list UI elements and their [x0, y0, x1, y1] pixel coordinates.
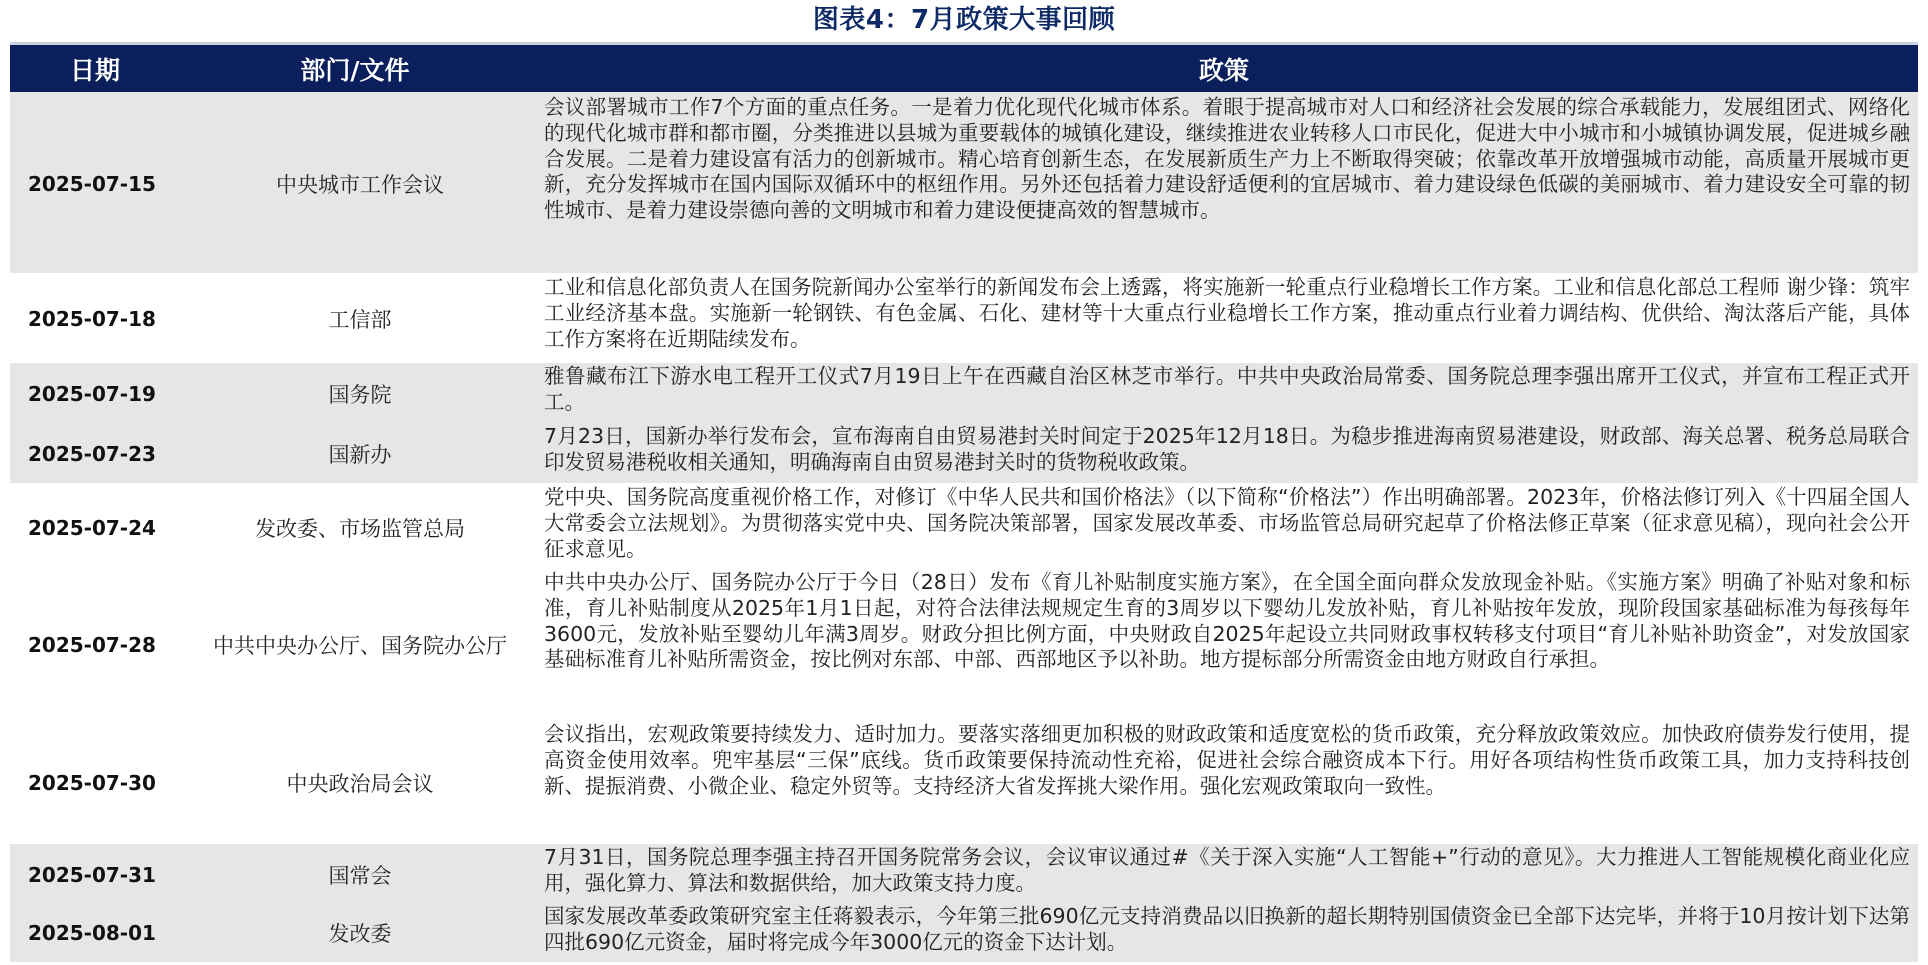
chart-title: 图表4：7月政策大事回顾: [0, 2, 1928, 38]
row-policy: 工业和信息化部负责人在国务院新闻办公室举行的新闻发布会上透露，将实施新一轮重点行…: [540, 275, 1918, 363]
table-row: 2025-07-23 国新办 7月23日，国新办举行发布会，宣布海南自由贸易港封…: [10, 423, 1918, 483]
table-row: 2025-08-01 发改委 国家发展改革委政策研究室主任蒋毅表示，今年第三批6…: [10, 904, 1918, 962]
table-row: 2025-07-15 中央城市工作会议 会议部署城市工作7个方面的重点任务。一是…: [10, 92, 1918, 273]
row-dept: 国务院: [180, 364, 540, 423]
header-date: 日期: [10, 51, 180, 87]
row-policy: 雅鲁藏布江下游水电工程开工仪式7月19日上午在西藏自治区林芝市举行。中共中央政治…: [540, 364, 1918, 423]
row-date: 2025-07-18: [10, 275, 180, 363]
row-date: 2025-07-23: [10, 424, 180, 483]
table-header: 日期 部门/文件 政策: [10, 42, 1918, 92]
row-date: 2025-07-15: [10, 95, 180, 273]
row-dept: 工信部: [180, 275, 540, 363]
row-policy: 7月31日，国务院总理李强主持召开国务院常务会议，会议审议通过#《关于深入实施“…: [540, 845, 1918, 904]
row-dept: 国新办: [180, 424, 540, 483]
row-date: 2025-07-24: [10, 485, 180, 570]
header-policy: 政策: [530, 51, 1918, 87]
row-date: 2025-07-28: [10, 570, 180, 720]
row-date: 2025-08-01: [10, 904, 180, 962]
row-date: 2025-07-31: [10, 845, 180, 904]
table-row: 2025-07-24 发改委、市场监管总局 党中央、国务院高度重视价格工作，对修…: [10, 483, 1918, 570]
table-row: 2025-07-28 中共中央办公厅、国务院办公厅 中共中央办公厅、国务院办公厅…: [10, 570, 1918, 720]
row-date: 2025-07-30: [10, 722, 180, 844]
row-policy: 7月23日，国新办举行发布会，宣布海南自由贸易港封关时间定于2025年12月18…: [540, 424, 1918, 483]
row-dept: 发改委: [180, 904, 540, 962]
table-row: 2025-07-19 国务院 雅鲁藏布江下游水电工程开工仪式7月19日上午在西藏…: [10, 363, 1918, 423]
row-date: 2025-07-19: [10, 364, 180, 423]
row-policy: 中共中央办公厅、国务院办公厅于今日（28日）发布《育儿补贴制度实施方案》，在全国…: [540, 570, 1918, 720]
table-row: 2025-07-31 国常会 7月31日，国务院总理李强主持召开国务院常务会议，…: [10, 844, 1918, 904]
row-dept: 发改委、市场监管总局: [180, 485, 540, 570]
row-policy: 会议指出，宏观政策要持续发力、适时加力。要落实落细更加积极的财政政策和适度宽松的…: [540, 722, 1918, 844]
row-dept: 中央城市工作会议: [180, 95, 540, 273]
row-dept: 中共中央办公厅、国务院办公厅: [180, 570, 540, 720]
row-policy: 党中央、国务院高度重视价格工作，对修订《中华人民共和国价格法》（以下简称“价格法…: [540, 485, 1918, 570]
row-policy: 国家发展改革委政策研究室主任蒋毅表示，今年第三批690亿元支持消费品以旧换新的超…: [540, 904, 1918, 962]
row-dept: 中央政治局会议: [180, 722, 540, 844]
row-dept: 国常会: [180, 845, 540, 904]
row-policy: 会议部署城市工作7个方面的重点任务。一是着力优化现代化城市体系。着眼于提高城市对…: [540, 95, 1918, 273]
policy-table: 日期 部门/文件 政策 2025-07-15 中央城市工作会议 会议部署城市工作…: [10, 42, 1918, 962]
table-row: 2025-07-30 中央政治局会议 会议指出，宏观政策要持续发力、适时加力。要…: [10, 720, 1918, 844]
header-dept: 部门/文件: [180, 51, 530, 87]
table-row: 2025-07-18 工信部 工业和信息化部负责人在国务院新闻办公室举行的新闻发…: [10, 273, 1918, 363]
